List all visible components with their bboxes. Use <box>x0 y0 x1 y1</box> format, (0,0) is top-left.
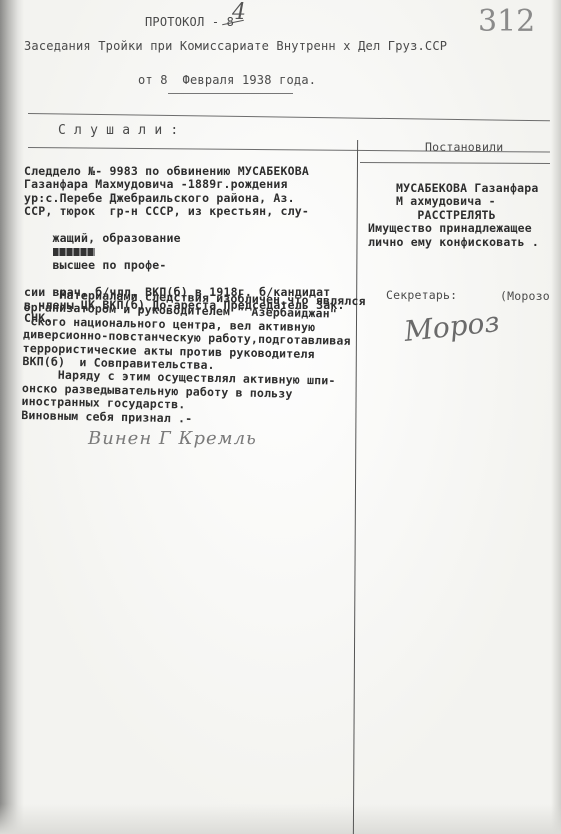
secretary-name: (Морозо <box>500 290 550 303</box>
date-underline <box>168 93 293 94</box>
heard-heading: С л у ш а л и : <box>58 124 178 137</box>
case-line: ССР, тюрок гр-н СССР, из крестьян, слу- <box>24 205 345 218</box>
decision-line: М ахмудовича - <box>396 195 561 208</box>
sentence-verdict: РАССТРЕЛЯТЬ <box>396 209 561 222</box>
protocol-title: ПРОТОКОЛ - 8 <box>145 16 234 29</box>
case-line-text: высшее по профе- <box>53 258 167 272</box>
page-right-edge <box>551 0 561 834</box>
meeting-date: от 8 Февраля 1938 года. <box>138 74 316 87</box>
case-line-text: жащий, образование <box>53 231 181 245</box>
case-line: ур:с.Перебе Джебраильского района, Аз. <box>24 192 345 205</box>
redaction-block <box>53 248 95 256</box>
meeting-subtitle: Заседания Тройки при Комиссариате Внутре… <box>24 40 447 53</box>
handwritten-confession: Винен Г Кремль <box>88 428 257 449</box>
case-line: Следдело №- 9983 по обвинению МУСАБЕКОВА <box>24 165 345 178</box>
investigation-findings: Материалами следствия изобличен,что явля… <box>21 288 366 429</box>
decision-line: Имущество принадлежащее <box>368 222 539 235</box>
archive-page-number: 312 <box>478 4 535 39</box>
decision-block: МУСАБЕКОВА Газанфара М ахмудовича - РАСС… <box>368 182 539 249</box>
decision-line: МУСАБЕКОВА Газанфара <box>396 182 561 195</box>
case-line: Газанфара Махмудовича -1889г.рождения <box>24 178 345 191</box>
page-bottom-edge <box>0 804 561 834</box>
decided-heading: Постановили <box>425 141 503 154</box>
case-line: жащий, образование высшее по профе- <box>24 219 345 286</box>
decision-line: лично ему конфисковать . <box>368 236 539 249</box>
secretary-label: Секретарь: <box>386 289 457 302</box>
